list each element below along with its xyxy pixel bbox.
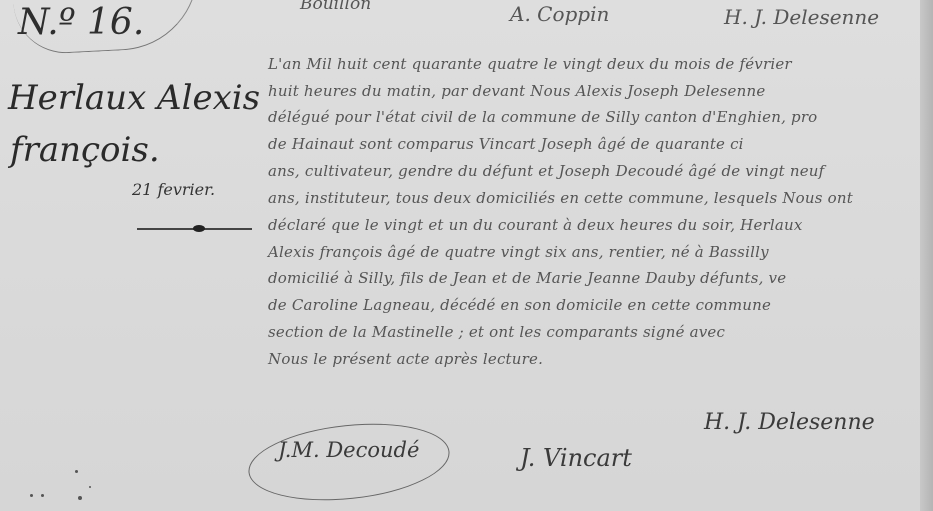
ink-speck (78, 496, 82, 500)
signature-vincart: J. Vincart (520, 444, 632, 472)
signature-coppin: A. Coppin (510, 2, 609, 26)
body-line: de Hainaut sont comparus Vincart Joseph … (268, 135, 744, 153)
body-line: domicilié à Silly, fils de Jean et de Ma… (268, 269, 786, 287)
ink-speck (30, 494, 33, 497)
ink-speck (41, 494, 44, 497)
body-line: section de la Mastinelle ; et ont les co… (268, 323, 725, 341)
margin-given-name: françois. (10, 130, 160, 170)
body-line: huit heures du matin, par devant Nous Al… (268, 82, 765, 100)
document-page: N.º 16. Herlaux Alexis françois. 21 fevr… (0, 0, 920, 511)
body-line: de Caroline Lagneau, décédé en son domic… (268, 296, 771, 314)
signature-delesenne-bottom: H. J. Delesenne (704, 410, 875, 435)
body-line: Alexis françois âgé de quatre vingt six … (268, 243, 769, 261)
ink-speck (75, 470, 78, 473)
signature-bouillon: Bouillon (300, 0, 371, 14)
margin-date: 21 fevrier. (132, 180, 215, 199)
body-line: déclaré que le vingt et un du courant à … (268, 216, 803, 234)
body-line: Nous le présent acte après lecture. (268, 350, 543, 368)
record-number: N.º 16. (18, 2, 144, 43)
body-line: ans, cultivateur, gendre du défunt et Jo… (268, 162, 824, 180)
signature-delesenne-top: H. J. Delesenne (724, 5, 879, 29)
body-line: délégué pour l'état civil de la commune … (268, 108, 817, 126)
page-edge (920, 0, 933, 511)
body-line: L'an Mil huit cent quarante quatre le vi… (268, 55, 792, 73)
signature-flourish (245, 415, 454, 510)
margin-divider-ornament (193, 225, 205, 232)
ink-speck (89, 486, 91, 488)
margin-name: Herlaux Alexis (8, 78, 260, 118)
body-line: ans, instituteur, tous deux domiciliés e… (268, 189, 853, 207)
signature-decoude: J.M. Decoudé (278, 438, 419, 462)
